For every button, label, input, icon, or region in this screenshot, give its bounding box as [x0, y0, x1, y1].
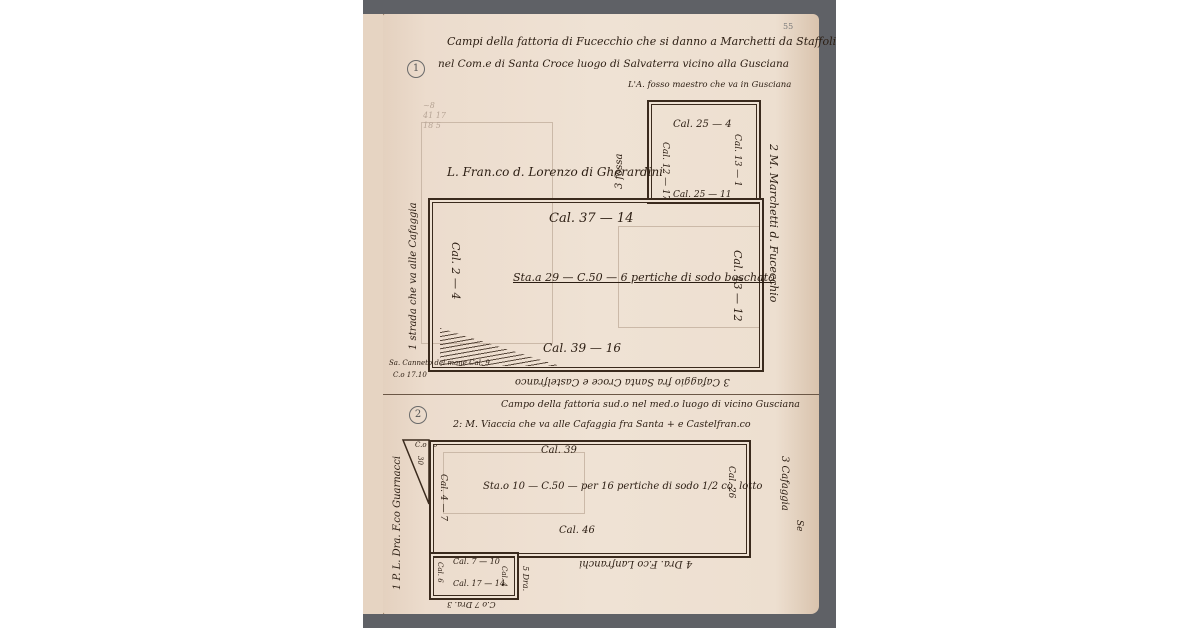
section-marker-1: 1 [407, 60, 425, 78]
section-2-east-label: 3 Cafaggia [779, 456, 789, 511]
main-plot-area: Sta.a 29 — C.50 — 6 pertiche di sodo bos… [513, 272, 775, 283]
section-divider-rule [383, 394, 819, 395]
section-1-heading-line-1: Campi della fattoria di Fucecchio che si… [447, 36, 836, 47]
north-neighbor-label: L. Fran.co d. Lorenzo di Gherardini [447, 166, 663, 178]
west-side-label: 1 strada che va alle Cafaggia [409, 202, 419, 350]
east-side-label: 2 M. Marchetti d. Fucecchio [768, 144, 779, 302]
margin-number: ~8 [423, 102, 435, 110]
plot-2-outline [429, 440, 751, 558]
plot-2-bottom-measure: Cal. 46 [559, 526, 595, 536]
plot-2-top-measure: Cal. 39 [541, 446, 577, 456]
plot-2-small-top-measure: Cal. 7 — 10 [453, 558, 500, 566]
small-plot-top-measure: Cal. 25 — 4 [673, 120, 732, 130]
plot-2-small-right-measure: Cal. 4 [500, 566, 507, 587]
main-plot-bottom-measure: Cal. 39 — 16 [543, 342, 621, 354]
triangle-side-measure: 30 [416, 456, 423, 465]
section-2-heading-line-1: Campo della fattoria sud.o nel med.o luo… [501, 400, 800, 410]
divider-note-line-1: Sa. Canneto del mane Cal. 9 [389, 360, 490, 367]
margin-number: 41 17 [423, 112, 446, 120]
main-plot-left-measure: Cal. 2 — 4 [450, 242, 461, 299]
plot-2-area: Sta.o 10 — C.50 — per 16 pertiche di sod… [483, 482, 762, 492]
plot-2-small-bottom-measure: Cal. 17 — 14 [453, 580, 505, 588]
section-2-small-right-label: 5 Dra. [521, 566, 529, 591]
facing-page-edge [363, 14, 385, 614]
manuscript-page: 55 1 Campi della fattoria di Fucecchio c… [383, 14, 819, 614]
section-2-south-label: 4 Dra. F.co Lanfranchi [579, 558, 692, 568]
page-number: 55 [783, 22, 793, 31]
main-plot-right-measure: Cal. 43 — 12 [732, 250, 743, 321]
section-marker-2: 2 [409, 406, 427, 424]
main-plot-top-measure: Cal. 37 — 14 [549, 212, 633, 225]
section-1-heading-line-3: L'A. fosso maestro che va in Gusciana [628, 81, 791, 90]
section-1-heading-line-2: nel Com.e di Santa Croce luogo di Salvat… [438, 59, 789, 70]
plot-2-small-left-measure: Cal. 6 [436, 562, 443, 583]
section-2-bottom-left-note: C.o 7 Dra. 3 [447, 600, 496, 608]
section-2-heading-line-2: 2: M. Viaccia che va alle Cafaggia fra S… [453, 420, 751, 430]
section-2-west-label: 1 P. L. Dra. F.co Guarnacci [393, 456, 403, 590]
plot-2-left-measure: Cal. 4 — 7 [438, 474, 447, 521]
small-plot-right-measure: Cal. 13 — 1 [732, 134, 741, 187]
margin-number: 18 5 [423, 122, 441, 130]
section-2-east-sub: Se [794, 520, 803, 532]
scan-backdrop: 55 1 Campi della fattoria di Fucecchio c… [363, 0, 836, 628]
divider-note-line-2: C.o 17.10 [393, 372, 427, 379]
south-side-label: 3 Cafaggio fra Santa Croce e Castelfranc… [515, 376, 730, 386]
